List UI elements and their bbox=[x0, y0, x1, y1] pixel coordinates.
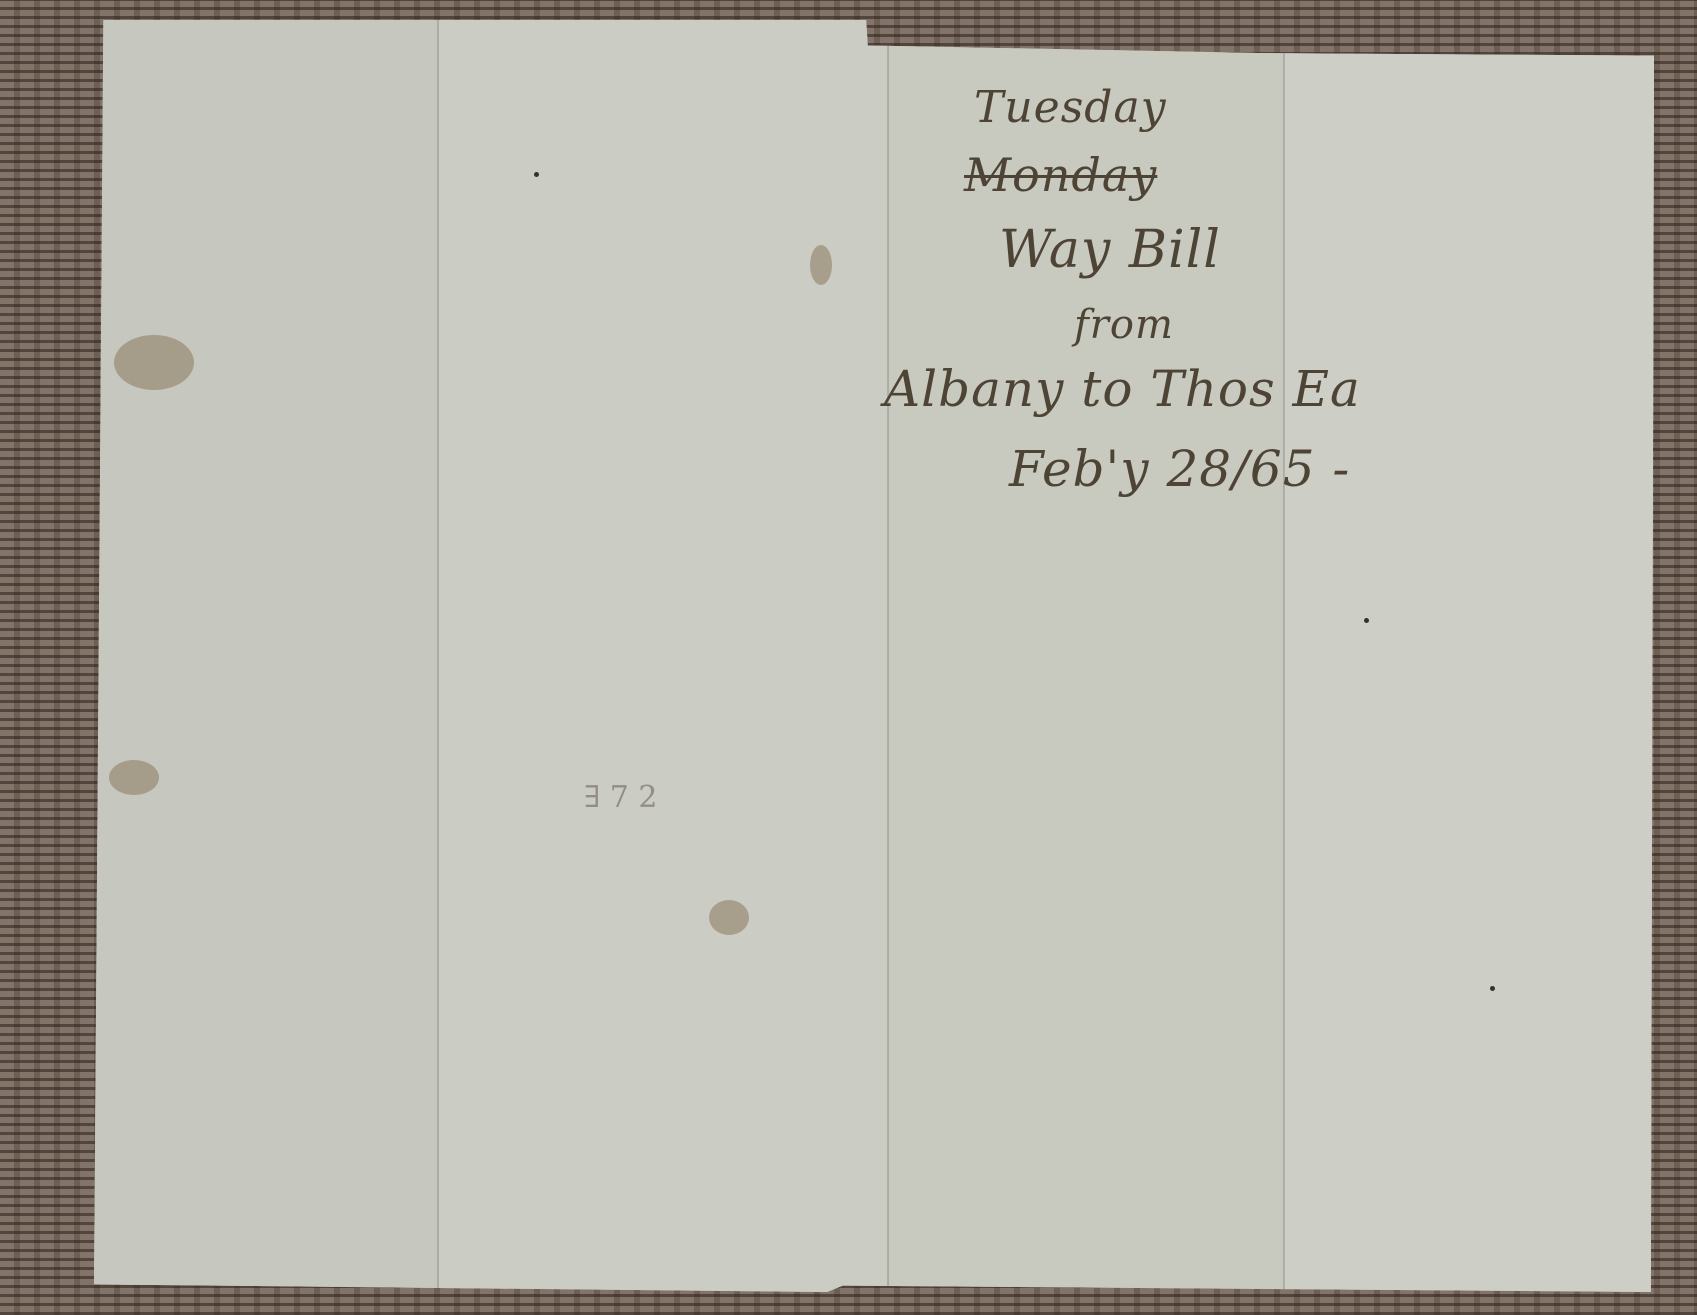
struck-day-line: Monday bbox=[964, 148, 1157, 202]
docket-title: Way Bill bbox=[999, 220, 1221, 280]
ink-dot bbox=[1364, 618, 1369, 623]
panel-4 bbox=[1284, 20, 1654, 1292]
fold-line bbox=[437, 20, 439, 1292]
panel-3-docket bbox=[888, 20, 1284, 1292]
stain bbox=[109, 760, 159, 795]
ink-dot bbox=[534, 172, 539, 177]
stain bbox=[709, 900, 749, 935]
paper-sheet: ∃ 7 2 Tuesday Monday Way Bill from Alban… bbox=[94, 20, 1654, 1292]
from-label: from bbox=[1074, 302, 1174, 348]
fold-line bbox=[1283, 20, 1285, 1292]
panel-2 bbox=[438, 20, 888, 1292]
panel-1 bbox=[94, 20, 438, 1292]
ink-dot bbox=[1490, 986, 1495, 991]
faint-pencil-marks: ∃ 7 2 bbox=[584, 780, 658, 815]
stain bbox=[114, 335, 194, 390]
day-line: Tuesday bbox=[974, 82, 1167, 133]
route-line: Albany to Thos Ea bbox=[884, 360, 1361, 418]
date-line: Feb'y 28/65 - bbox=[1009, 440, 1350, 498]
stain bbox=[810, 245, 832, 285]
fold-line bbox=[887, 20, 889, 1292]
